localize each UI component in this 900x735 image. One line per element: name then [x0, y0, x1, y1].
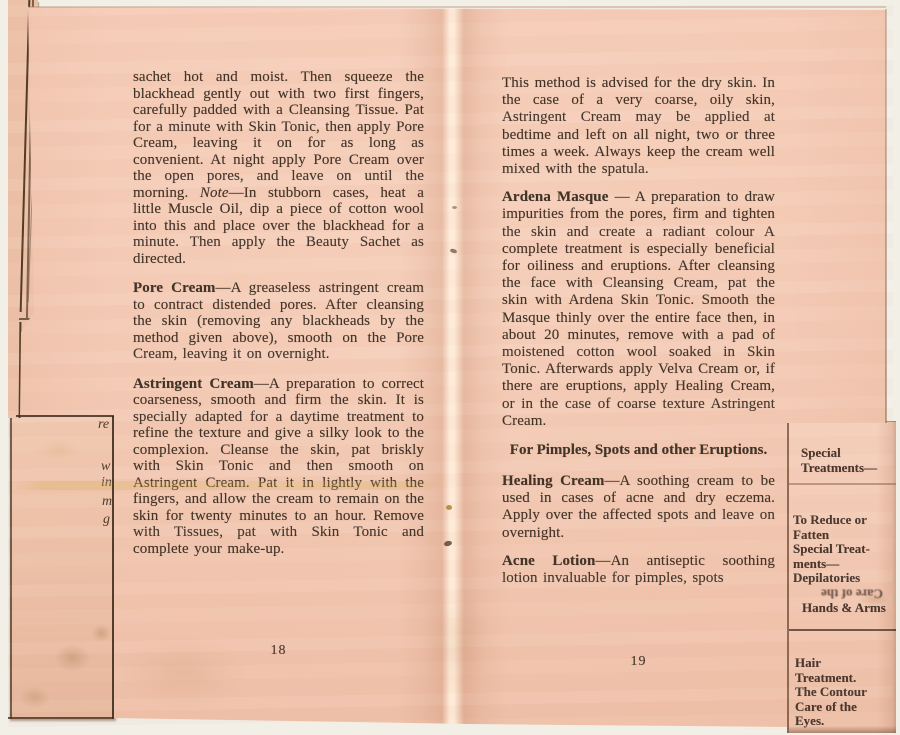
page-number-19: 19: [502, 654, 775, 670]
bold-lead: Pore Cream: [133, 280, 216, 296]
fold-crimp-mark: [452, 206, 457, 209]
scanned-booklet-spread: re w in m g sachet hot and moist. Then s…: [0, 0, 900, 735]
page-19: This method is advised for the dry skin.…: [502, 75, 775, 598]
underlying-page-corner: re w in m g: [10, 413, 116, 719]
yellow-stain-streak: [16, 481, 446, 490]
tab-hair-treatment-contour-eyes: Hair Treatment. The Contour Care of the …: [795, 656, 867, 729]
paper-stain: [118, 635, 248, 710]
paper-stain: [424, 595, 494, 695]
astringent-cream-paragraph: Astringent Cream—A preparation to correc…: [133, 376, 424, 558]
tab-edge-line: [789, 483, 896, 485]
fold-crimp-mark: [446, 505, 452, 510]
ardena-masque-paragraph: Ardena Masque — A preparation to draw im…: [502, 189, 775, 430]
torn-corner-top-edge: [16, 415, 114, 417]
text-run: This method is advised for the dry skin.…: [502, 75, 775, 177]
intro-continued-paragraph: sachet hot and moist. Then squeeze the b…: [133, 69, 424, 267]
tab-hands-and-arms: Hands & Arms: [802, 601, 886, 616]
cut-off-text-fragment: m: [102, 494, 112, 510]
text-run: —A preparation to correct coarseness, sm…: [133, 376, 424, 557]
method-paragraph: This method is advised for the dry skin.…: [502, 75, 775, 178]
acne-lotion-paragraph: Acne Lotion—An antiseptic soothing lotio…: [502, 553, 775, 587]
tab-reduce-fatten-depilatories: To Reduce or Fatten Special Treat- ments…: [793, 513, 870, 586]
tab-strip: Special Treatments— To Reduce or Fatten …: [787, 421, 896, 733]
torn-corner-side-edge: [112, 416, 114, 719]
right-page-outer-edge: [885, 9, 887, 423]
cut-off-text-fragment: re: [98, 417, 109, 433]
tab-special-treatments: Special Treatments—: [801, 446, 877, 475]
pore-cream-paragraph: Pore Cream—A greaseless astringent cream…: [133, 280, 424, 363]
healing-cream-paragraph: Healing Cream—A soothing cream to be use…: [502, 473, 775, 542]
bold-lead: Acne Lotion: [502, 553, 595, 569]
cut-off-text-fragment: g: [103, 512, 110, 528]
text-run: sachet hot and moist. Then squeeze the b…: [133, 69, 424, 201]
tab-care-of-the-showthrough: Care of the: [797, 586, 883, 601]
underlying-page-bottom-edge: [8, 717, 114, 719]
bold-lead: Healing Cream: [502, 473, 604, 489]
cut-off-text-fragment: w: [101, 459, 110, 475]
italic-note-word: Note: [200, 185, 229, 201]
tab-edge-line: [789, 629, 896, 631]
text-run: — A preparation to draw impurities from …: [502, 189, 775, 429]
page-18: sachet hot and moist. Then squeeze the b…: [133, 69, 424, 570]
eruptions-section-heading: For Pimples, Spots and other Eruptions.: [508, 441, 769, 460]
spread-top-edge: [28, 6, 886, 8]
bold-lead: Astringent Cream: [133, 376, 254, 392]
bold-lead: Ardena Masque: [502, 189, 608, 205]
